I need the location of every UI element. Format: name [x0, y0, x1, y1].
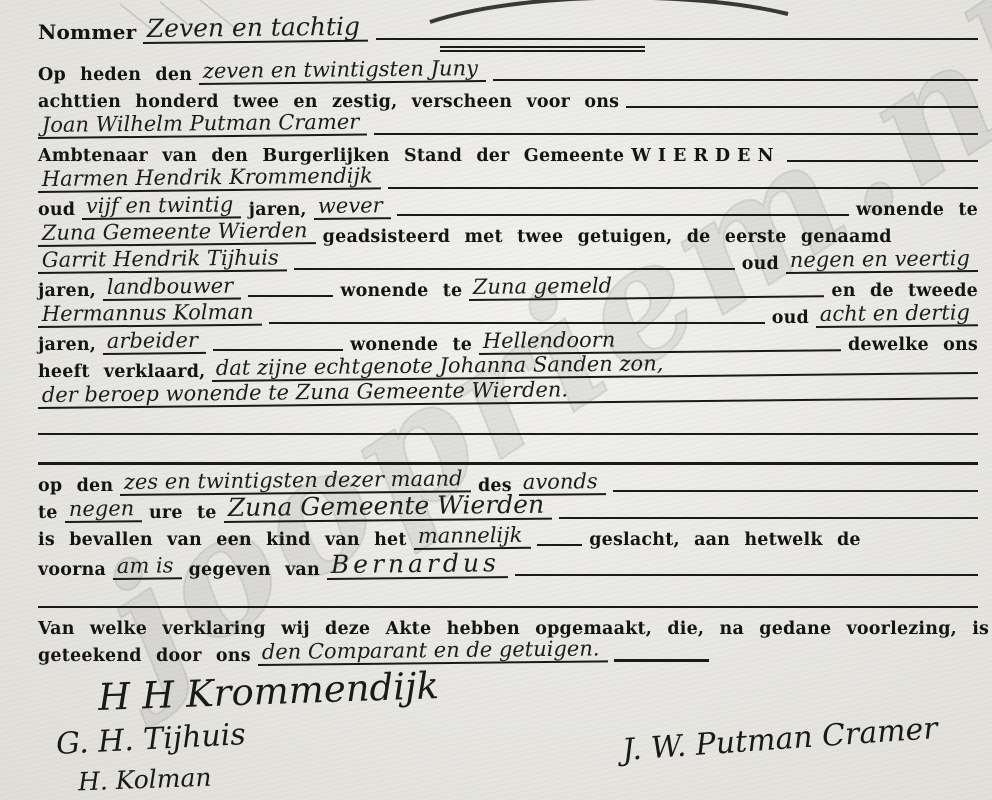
- declarant-signature: H H Krommendijk: [97, 664, 439, 719]
- declaration-line-2: der beroep wonende te Zuna Gemeente Wier…: [38, 382, 978, 409]
- ruled-line: [374, 132, 978, 135]
- birth-time-line: te negen ure te Zuna Gemeente Wierden: [38, 496, 978, 523]
- ruled-line: [515, 573, 978, 576]
- child-name-line: voorna am is gegeven van Bernardus: [38, 550, 978, 580]
- ruled-line: [397, 213, 849, 216]
- at-label: te: [38, 503, 58, 523]
- closing-label-2: geteekend door ons: [38, 646, 251, 666]
- blank-ruled-row: [38, 409, 978, 439]
- ruled-line: [38, 432, 978, 435]
- signature-row-witness2: H. Kolman: [38, 762, 978, 796]
- witness2-line: Hermannus Kolman oud acht en dertig: [38, 301, 978, 328]
- declarant-age-line: oud vijf en twintig jaren, wever wonende…: [38, 193, 978, 220]
- signature-row-declarant: H H Krommendijk: [38, 666, 978, 716]
- child-sex-line: is bevallen van een kind van het manneli…: [38, 523, 978, 550]
- double-ruled-line: [440, 46, 645, 52]
- child-name-value: Bernardus: [327, 550, 508, 580]
- witness1-occupation: landbouwer: [103, 276, 242, 301]
- declared-label: heeft verklaard,: [38, 362, 205, 382]
- residing-label: wonende te: [340, 281, 462, 301]
- given-label: gegeven van: [189, 560, 320, 580]
- ruled-line: [493, 78, 978, 81]
- declarant-age: vijf en twintig: [82, 194, 242, 220]
- hour-value: negen: [64, 498, 142, 523]
- date-line: Op heden den zeven en twintigsten Juny: [38, 58, 978, 85]
- closing-text-1: Van welke verklaring wij deze Akte hebbe…: [38, 619, 989, 639]
- witness2-intro-label: en de tweede: [831, 281, 978, 301]
- age-label: oud: [772, 308, 809, 328]
- sex-suffix-label: geslacht, aan hetwelk de: [589, 530, 861, 550]
- date-value: zeven en twintigsten Juny: [199, 58, 486, 85]
- ruled-line: [626, 105, 978, 108]
- witness1-age: negen en veertig: [786, 248, 978, 274]
- ruled-line: [388, 186, 978, 189]
- number-value: Zeven en tachtig: [143, 14, 368, 44]
- official-line: Ambtenaar van den Burgerlijken Stand der…: [38, 139, 978, 166]
- declarant-occupation: wever: [313, 195, 390, 220]
- firstname-handwritten: am is: [113, 555, 182, 580]
- closing-line-1: Van welke verklaring wij deze Akte hebbe…: [38, 612, 978, 639]
- ruled-line: [248, 294, 333, 297]
- witness1-name: Garrit Hendrik Tijhuis: [38, 247, 287, 274]
- witness2-age: acht en dertig: [816, 302, 978, 328]
- year-line: achttien honderd twee en zestig, versche…: [38, 85, 978, 112]
- years-label: jaren,: [249, 200, 307, 220]
- years-label: jaren,: [38, 335, 96, 355]
- ruled-line: [613, 489, 978, 492]
- age-label: oud: [38, 200, 75, 220]
- signature-row-witness-registrar: G. H. Tijhuis J. W. Putman Cramer: [38, 716, 978, 762]
- blank-ruled-row: [38, 580, 978, 612]
- ruled-line: [38, 605, 978, 608]
- witness1-residence: Zuna gemeld: [469, 273, 824, 301]
- birth-certificate: Nommer Zeven en tachtig Op heden den zev…: [0, 0, 992, 796]
- sex-value: mannelijk: [413, 525, 530, 550]
- ruled-line: [537, 543, 582, 546]
- firstname-label: voorna: [38, 560, 106, 580]
- declarant-name: Harmen Hendrik Krommendijk: [38, 165, 381, 193]
- ruled-line: [38, 462, 978, 465]
- declarant-residence-line: Zuna Gemeente Wierden geadsisteerd met t…: [38, 220, 978, 247]
- number-label: Nommer: [38, 21, 136, 44]
- witness1-line: Garrit Hendrik Tijhuis oud negen en veer…: [38, 247, 978, 274]
- declarant-line: Harmen Hendrik Krommendijk: [38, 166, 978, 193]
- witness1-detail-line: jaren, landbouwer wonende te Zuna gemeld…: [38, 274, 978, 301]
- closing-handwritten-2: den Comparant en de getuigen.: [258, 638, 608, 666]
- closing-line-2: geteekend door ons den Comparant en de g…: [38, 639, 978, 666]
- on-the-label: op den: [38, 476, 113, 496]
- declarant-residence: Zuna Gemeente Wierden: [38, 220, 316, 247]
- birth-place-value: Zuna Gemeente Wierden: [223, 492, 552, 523]
- ruled-line: [269, 321, 765, 324]
- municipality-name: WIERDEN: [631, 146, 780, 166]
- ruled-line: [787, 159, 978, 162]
- hour-at-label: ure te: [149, 503, 217, 523]
- witness2-name: Hermannus Kolman: [38, 302, 262, 328]
- residing-label: wonende te: [350, 335, 472, 355]
- number-line: Nommer Zeven en tachtig: [38, 10, 978, 44]
- ruled-line: [294, 267, 735, 270]
- registrar-line: Joan Wilhelm Putman Cramer: [38, 112, 978, 139]
- residing-label: wonende te: [856, 200, 978, 220]
- witness-intro-label: geadsisteerd met twee getuigen, de eerst…: [323, 227, 892, 247]
- double-rule-row: [38, 44, 978, 58]
- years-label: jaren,: [38, 281, 96, 301]
- ruled-line: [376, 37, 979, 40]
- registrar-signature: J. W. Putman Cramer: [621, 711, 939, 768]
- witness1-signature: G. H. Tijhuis: [55, 717, 246, 762]
- ruled-line: [614, 659, 709, 662]
- delivered-label: is bevallen van een kind van het: [38, 530, 407, 550]
- ruled-line: [213, 348, 343, 351]
- registrar-name: Joan Wilhelm Putman Cramer: [38, 112, 368, 139]
- date-intro-label: Op heden den: [38, 65, 192, 85]
- witness2-occupation: arbeider: [103, 330, 206, 355]
- ruled-line: [559, 516, 978, 519]
- witness2-signature: H. Kolman: [78, 762, 212, 796]
- blank-ruled-row: [38, 439, 978, 469]
- age-label: oud: [742, 254, 779, 274]
